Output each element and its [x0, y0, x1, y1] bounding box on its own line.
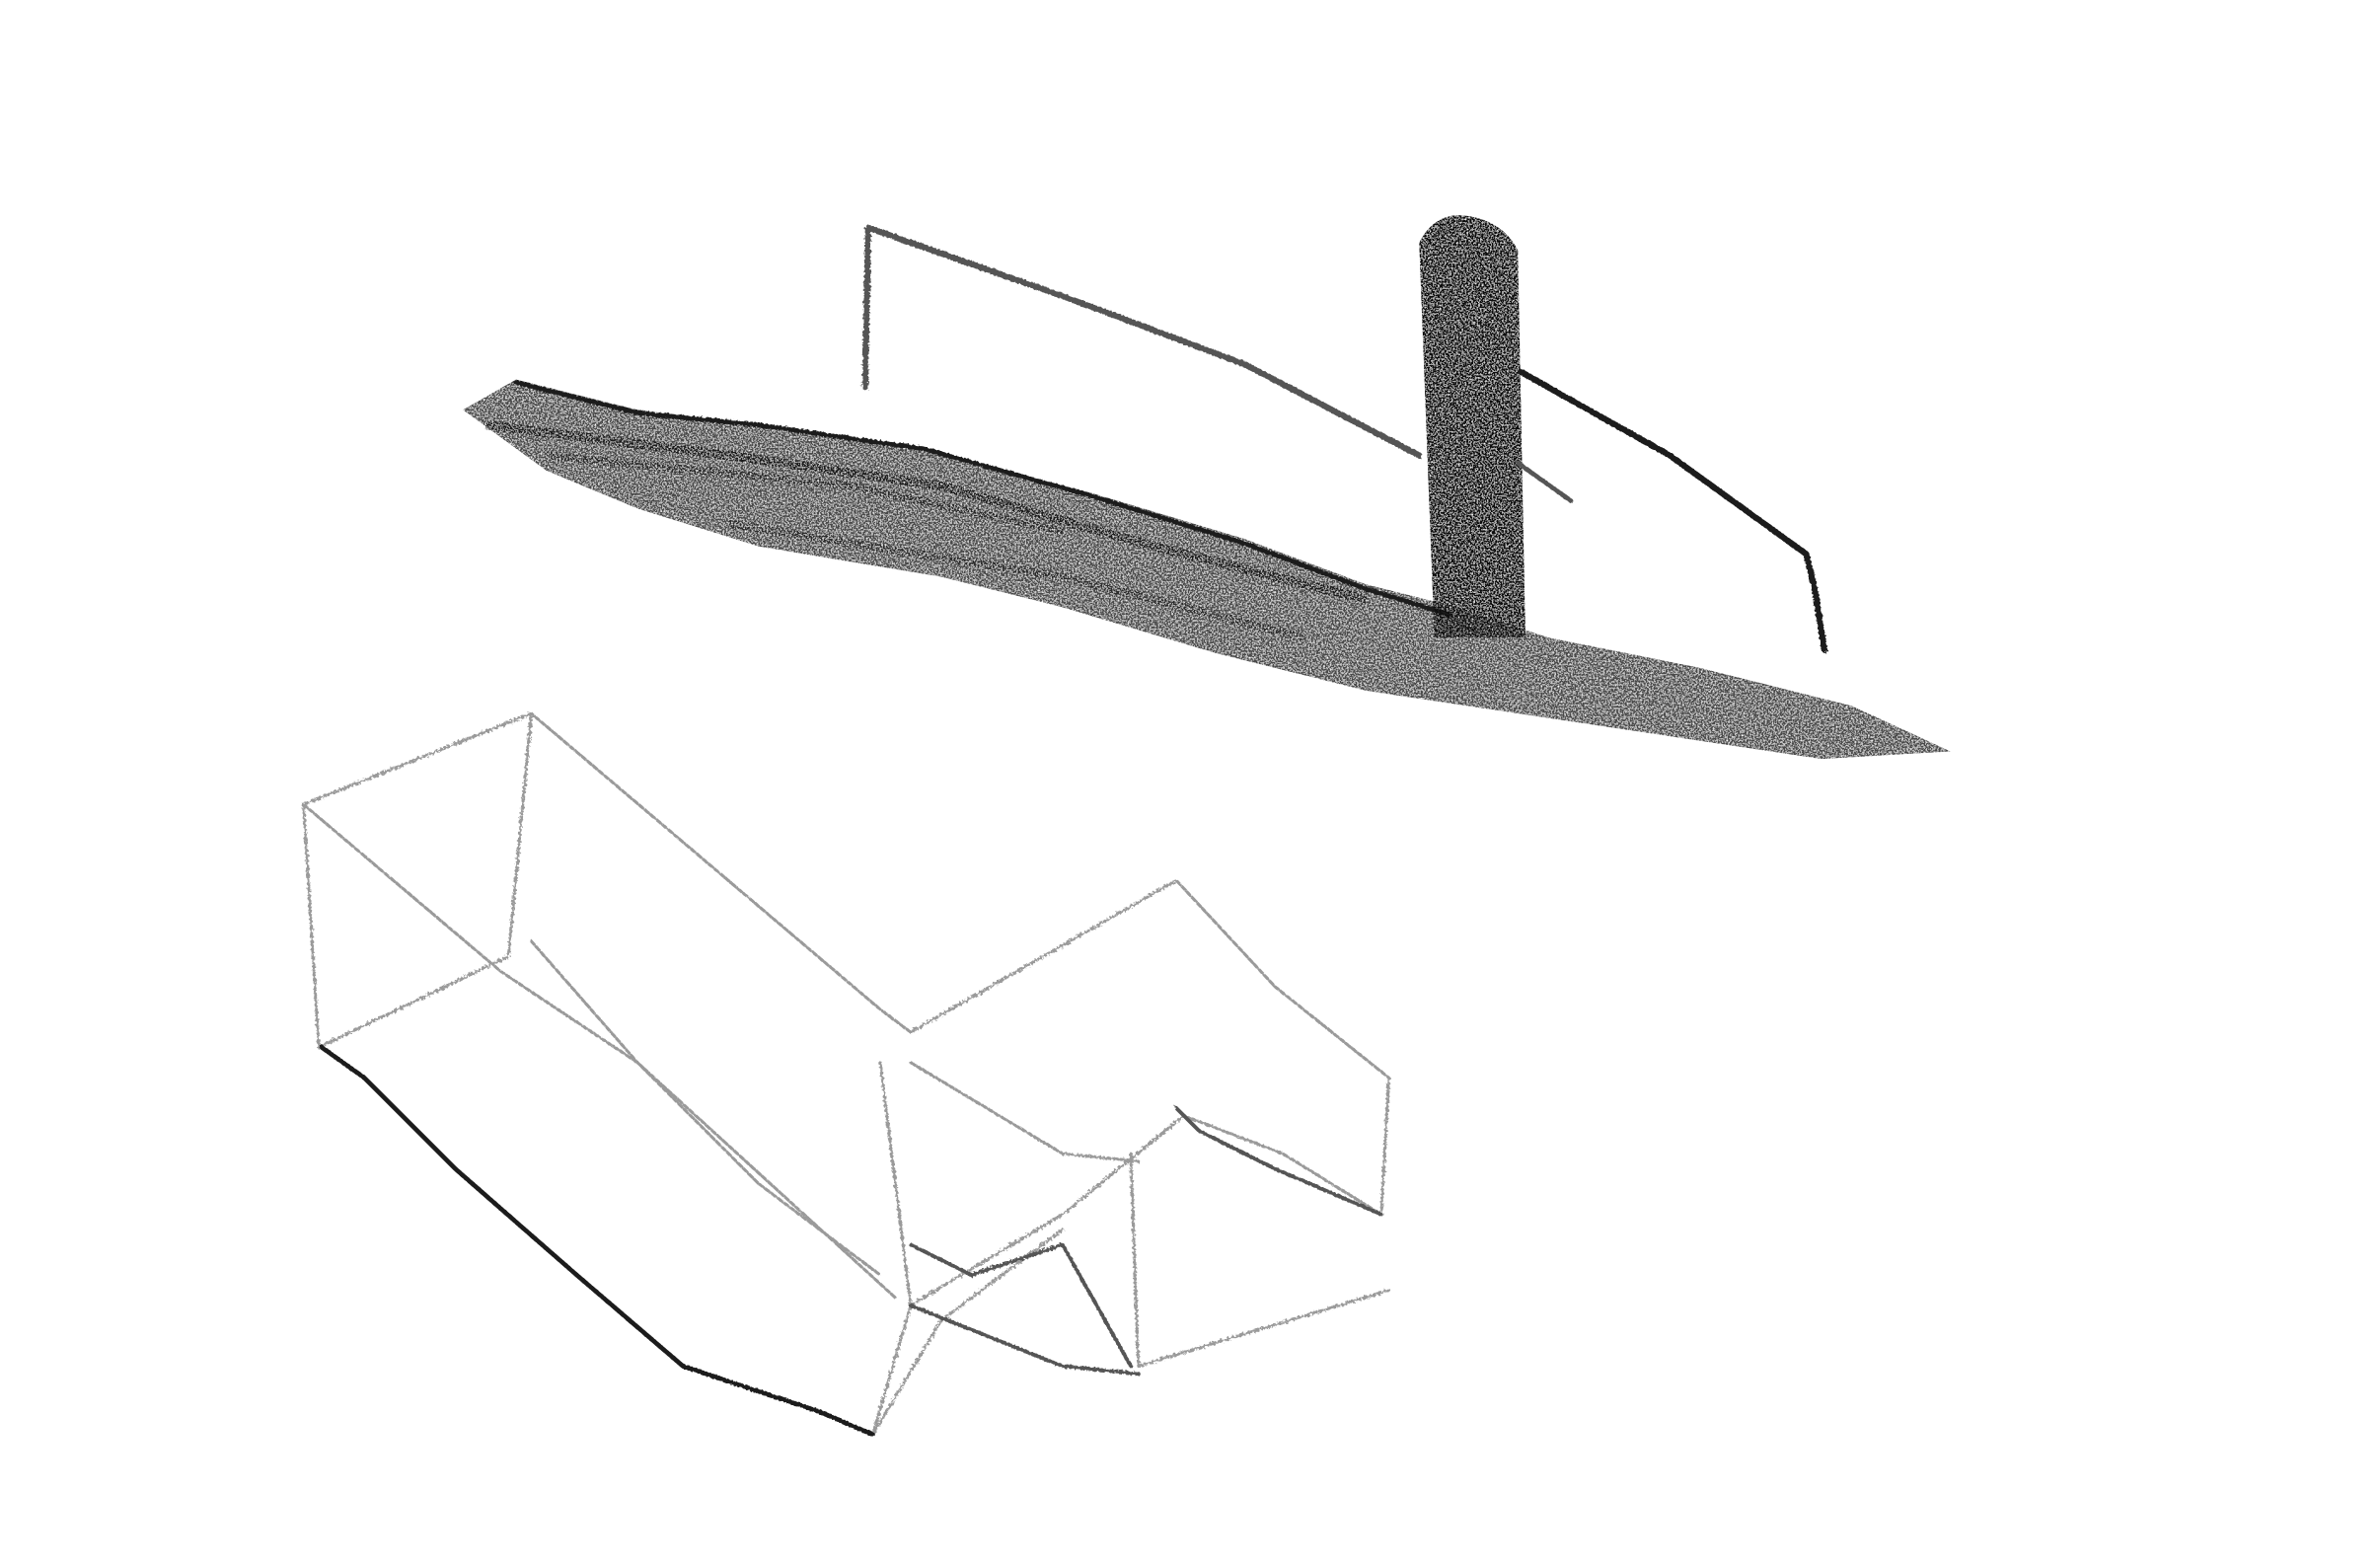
post — [1419, 215, 1525, 637]
sketch-canvas — [0, 0, 2380, 1565]
rail-stub — [1518, 463, 1571, 500]
rail-left — [865, 228, 1419, 456]
wireframe-boxes — [304, 713, 1389, 1435]
pencil-sketch — [0, 0, 2380, 1565]
shaded-ground — [463, 380, 1951, 760]
rail-right — [1521, 372, 1824, 650]
